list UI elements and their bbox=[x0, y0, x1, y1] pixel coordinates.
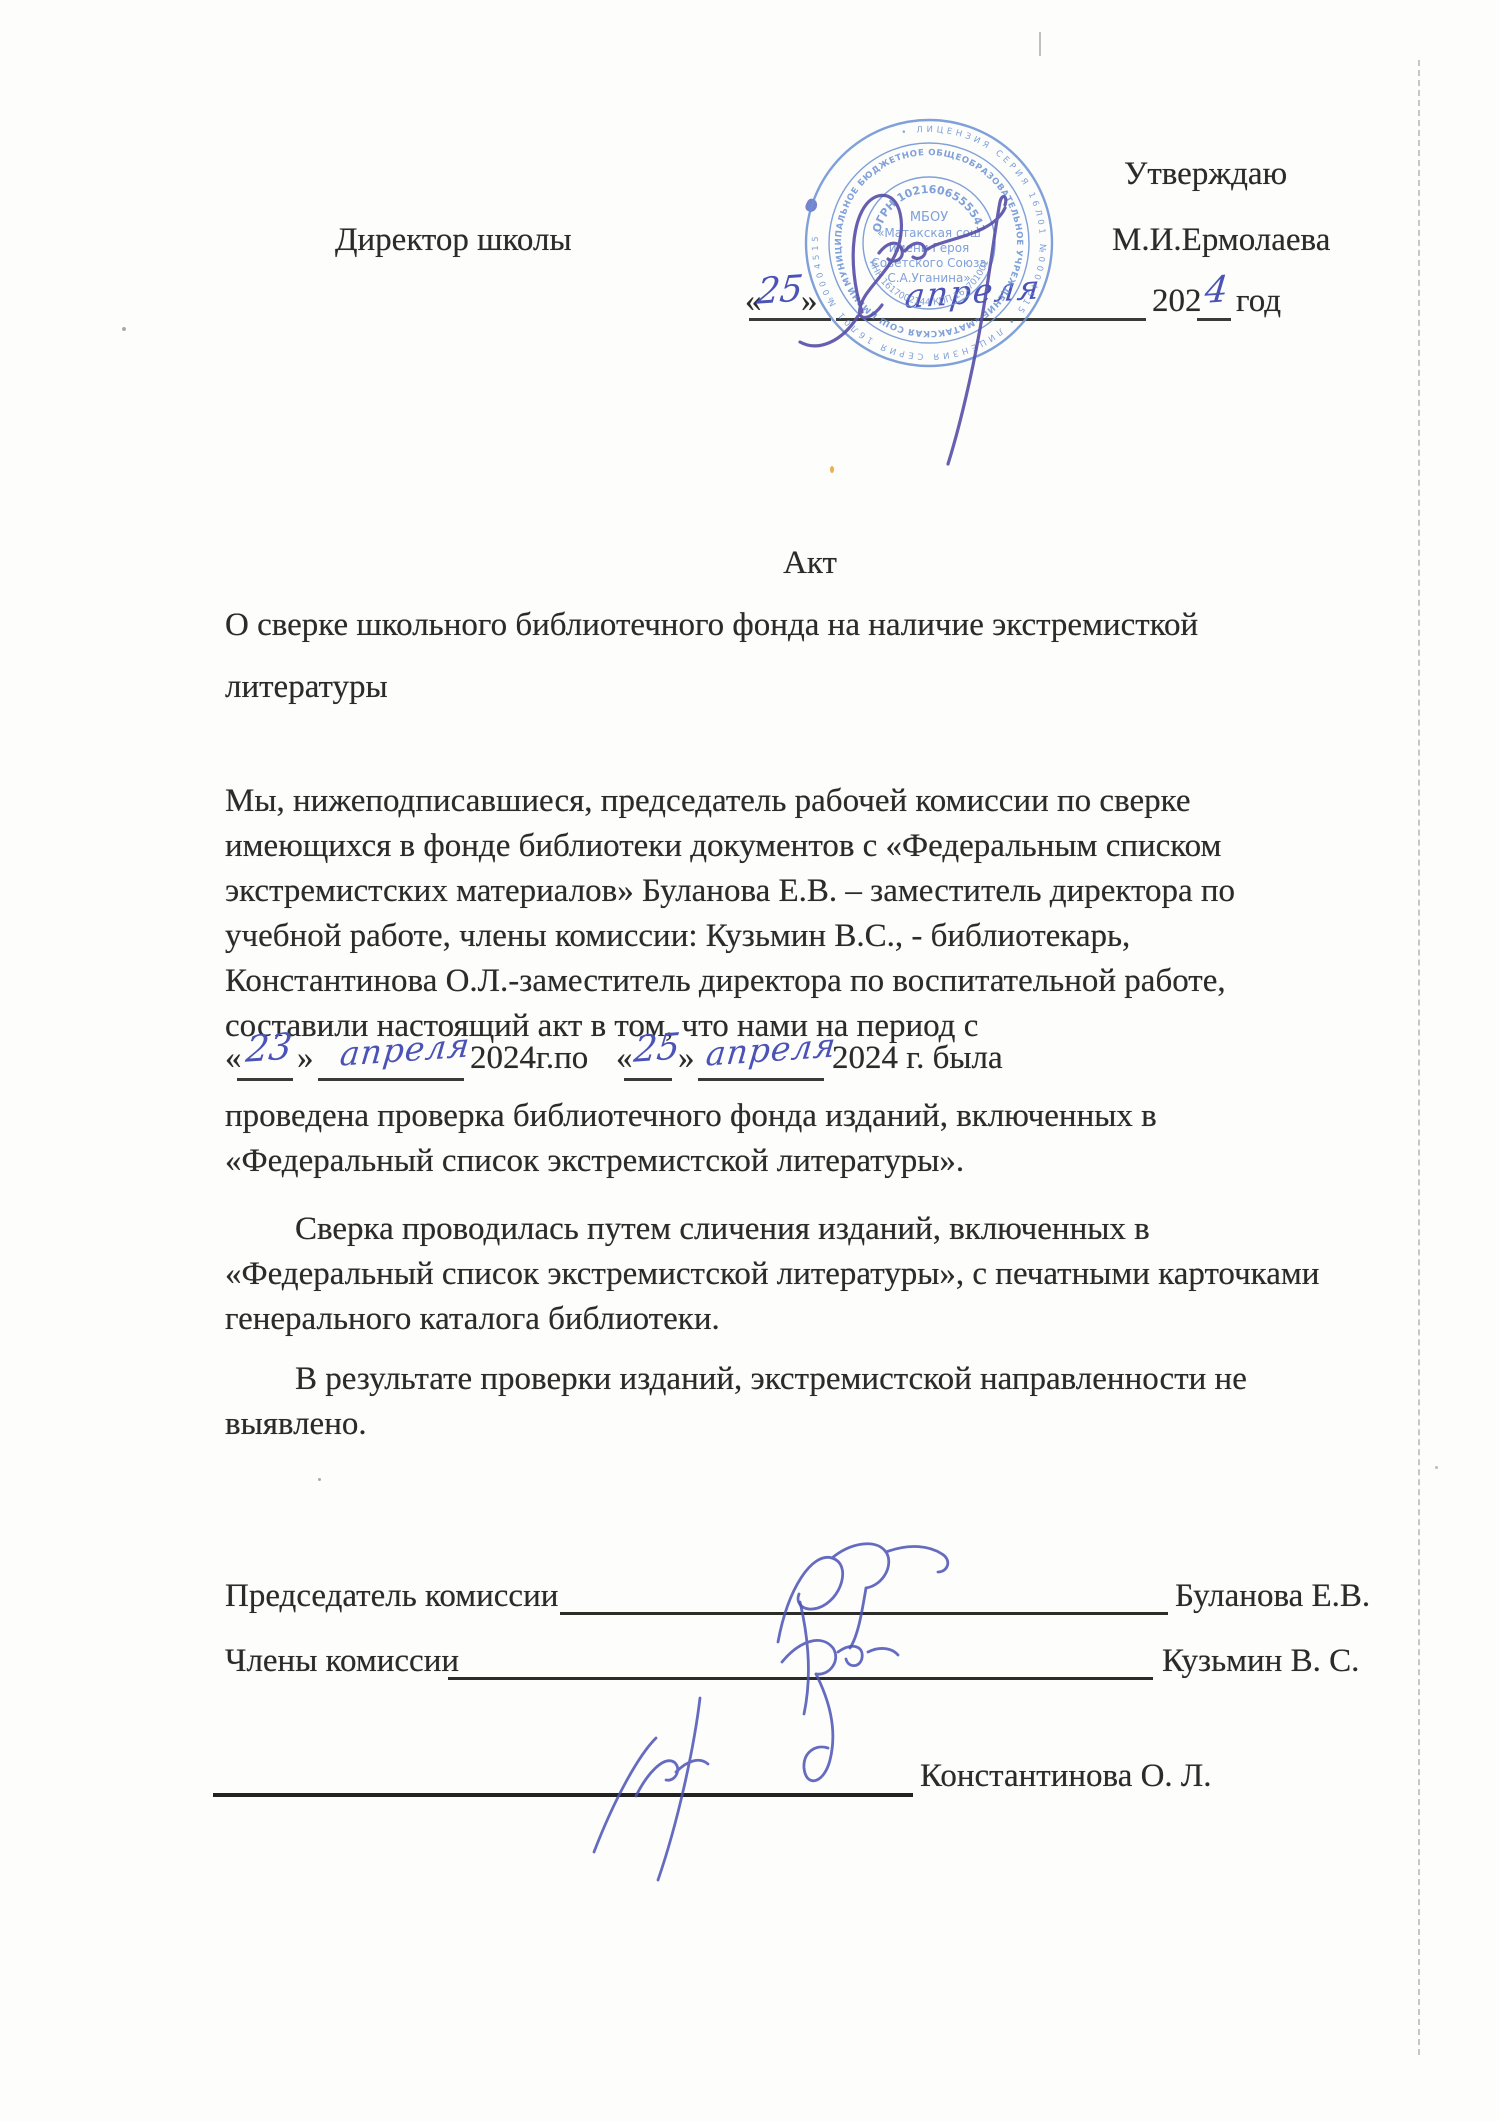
body-line: имеющихся в фонде библиотеки документов … bbox=[225, 828, 1221, 865]
svg-text:ОГРН 1021606555541: ОГРН 1021606555541 bbox=[870, 183, 988, 234]
signature-row1-label: Председатель комиссии bbox=[225, 1578, 558, 1615]
kuzmin-signature bbox=[782, 1602, 898, 1781]
director-label: Директор школы bbox=[335, 222, 572, 259]
stamp-license-ring-text: • ЛИЦЕНЗИЯ СЕРИЯ 16Л01 №0004515 • ЛИЦЕНЗ… bbox=[800, 114, 1058, 372]
body-line: генерального каталога библиотеки. bbox=[225, 1301, 720, 1338]
svg-text:«Матакская сош: «Матакская сош bbox=[877, 226, 981, 240]
svg-text:Советского Союза: Советского Союза bbox=[871, 256, 986, 270]
scan-artifact-right-edge bbox=[1418, 60, 1420, 2055]
body-line: Константинова О.Л.-заместитель директора… bbox=[225, 963, 1226, 1000]
signature-line bbox=[448, 1677, 1153, 1680]
signature-row3-name: Константинова О. Л. bbox=[920, 1758, 1212, 1795]
stamp-ogrn-text: ОГРН 1021606555541 bbox=[870, 183, 988, 234]
body-date-tail: 2024 г. была bbox=[832, 1040, 1003, 1077]
bulanova-signature bbox=[778, 1544, 948, 1648]
body-line: Сверка проводилась путем сличения издани… bbox=[295, 1211, 1150, 1248]
body-date-mid: 2024г.по bbox=[470, 1040, 588, 1077]
doc-subtitle-line: О сверке школьного библиотечного фонда н… bbox=[225, 607, 1198, 644]
svg-text:МУНИЦИПАЛЬНОЕ БЮДЖЕТНОЕ ОБЩЕОБ: МУНИЦИПАЛЬНОЕ БЮДЖЕТНОЕ ОБЩЕОБРАЗОВАТЕЛЬ… bbox=[800, 114, 1058, 372]
scan-speck bbox=[318, 1478, 321, 1481]
approve-label: Утверждаю bbox=[1124, 156, 1287, 193]
handwritten-day: 25 bbox=[755, 268, 805, 313]
date-quote-close: » bbox=[678, 1040, 695, 1077]
fill-in-line bbox=[698, 1078, 824, 1081]
handwritten-month: апреля bbox=[903, 267, 1043, 316]
svg-text:имени Героя: имени Героя bbox=[889, 241, 970, 255]
fill-in-line bbox=[836, 318, 1146, 321]
handwritten-day: 25 bbox=[632, 1026, 682, 1071]
body-line: учебной работе, члены комиссии: Кузьмин … bbox=[225, 918, 1130, 955]
svg-text:• ЛИЦЕНЗИЯ СЕРИЯ 16Л01 №000: • ЛИЦЕНЗИЯ СЕРИЯ 16Л01 №0004515 • ЛИЦЕНЗ… bbox=[800, 114, 1058, 372]
approver-name: М.И.Ермолаева bbox=[1112, 222, 1330, 259]
signature-row1-name: Буланова Е.В. bbox=[1175, 1578, 1370, 1615]
signature-row2-label: Члены комиссии bbox=[225, 1643, 459, 1680]
handwritten-month: апреля bbox=[704, 1025, 838, 1073]
doc-title: Акт bbox=[120, 545, 1500, 582]
date-year-printed: 202 bbox=[1152, 283, 1202, 320]
signature-line bbox=[560, 1612, 1168, 1615]
body-line: проведена проверка библиотечного фонда и… bbox=[225, 1098, 1157, 1135]
konstantinova-signature bbox=[594, 1698, 708, 1880]
director-signature bbox=[800, 195, 1006, 464]
scan-speck bbox=[1435, 1466, 1438, 1469]
body-line: выявлено. bbox=[225, 1406, 367, 1443]
body-line: «Федеральный список экстремистской литер… bbox=[225, 1256, 1319, 1293]
fill-in-line bbox=[624, 1078, 672, 1081]
handwritten-day: 23 bbox=[244, 1026, 294, 1071]
fill-in-line bbox=[749, 318, 831, 321]
date-year-word: год bbox=[1236, 283, 1281, 320]
date-quote-close: » bbox=[801, 283, 818, 320]
signature-line bbox=[213, 1793, 913, 1797]
date-quote-open: « bbox=[225, 1040, 242, 1077]
body-line: экстремистских материалов» Буланова Е.В.… bbox=[225, 873, 1235, 910]
fill-in-line bbox=[237, 1078, 293, 1081]
scan-speck bbox=[122, 327, 126, 331]
doc-subtitle-line: литературы bbox=[225, 669, 388, 706]
scan-speck bbox=[830, 466, 834, 473]
body-line: В результате проверки изданий, экстремис… bbox=[295, 1361, 1247, 1398]
date-quote-open: « bbox=[616, 1040, 633, 1077]
stamp-outer-ring bbox=[806, 120, 1052, 366]
stamp-name-ring-text: МУНИЦИПАЛЬНОЕ БЮДЖЕТНОЕ ОБЩЕОБРАЗОВАТЕЛЬ… bbox=[800, 114, 1058, 372]
document-page: Директор школы Утверждаю М.И.Ермолаева «… bbox=[0, 0, 1500, 2121]
fill-in-line bbox=[318, 1078, 464, 1081]
date-quote-close: » bbox=[297, 1040, 314, 1077]
body-line: Мы, нижеподписавшиеся, председатель рабо… bbox=[225, 783, 1190, 820]
svg-text:МБОУ: МБОУ bbox=[910, 210, 948, 225]
body-line: «Федеральный список экстремистской литер… bbox=[225, 1143, 964, 1180]
signature-row2-name: Кузьмин В. С. bbox=[1162, 1643, 1359, 1680]
handwritten-month: апреля bbox=[338, 1025, 472, 1073]
school-round-stamp: • ЛИЦЕНЗИЯ СЕРИЯ 16Л01 №0004515 • ЛИЦЕНЗ… bbox=[800, 114, 1058, 372]
handwritten-year-digit: 4 bbox=[1203, 269, 1230, 312]
fill-in-line bbox=[1197, 318, 1231, 321]
ink-blot bbox=[804, 197, 819, 213]
scan-artifact-tick bbox=[1039, 32, 1041, 56]
